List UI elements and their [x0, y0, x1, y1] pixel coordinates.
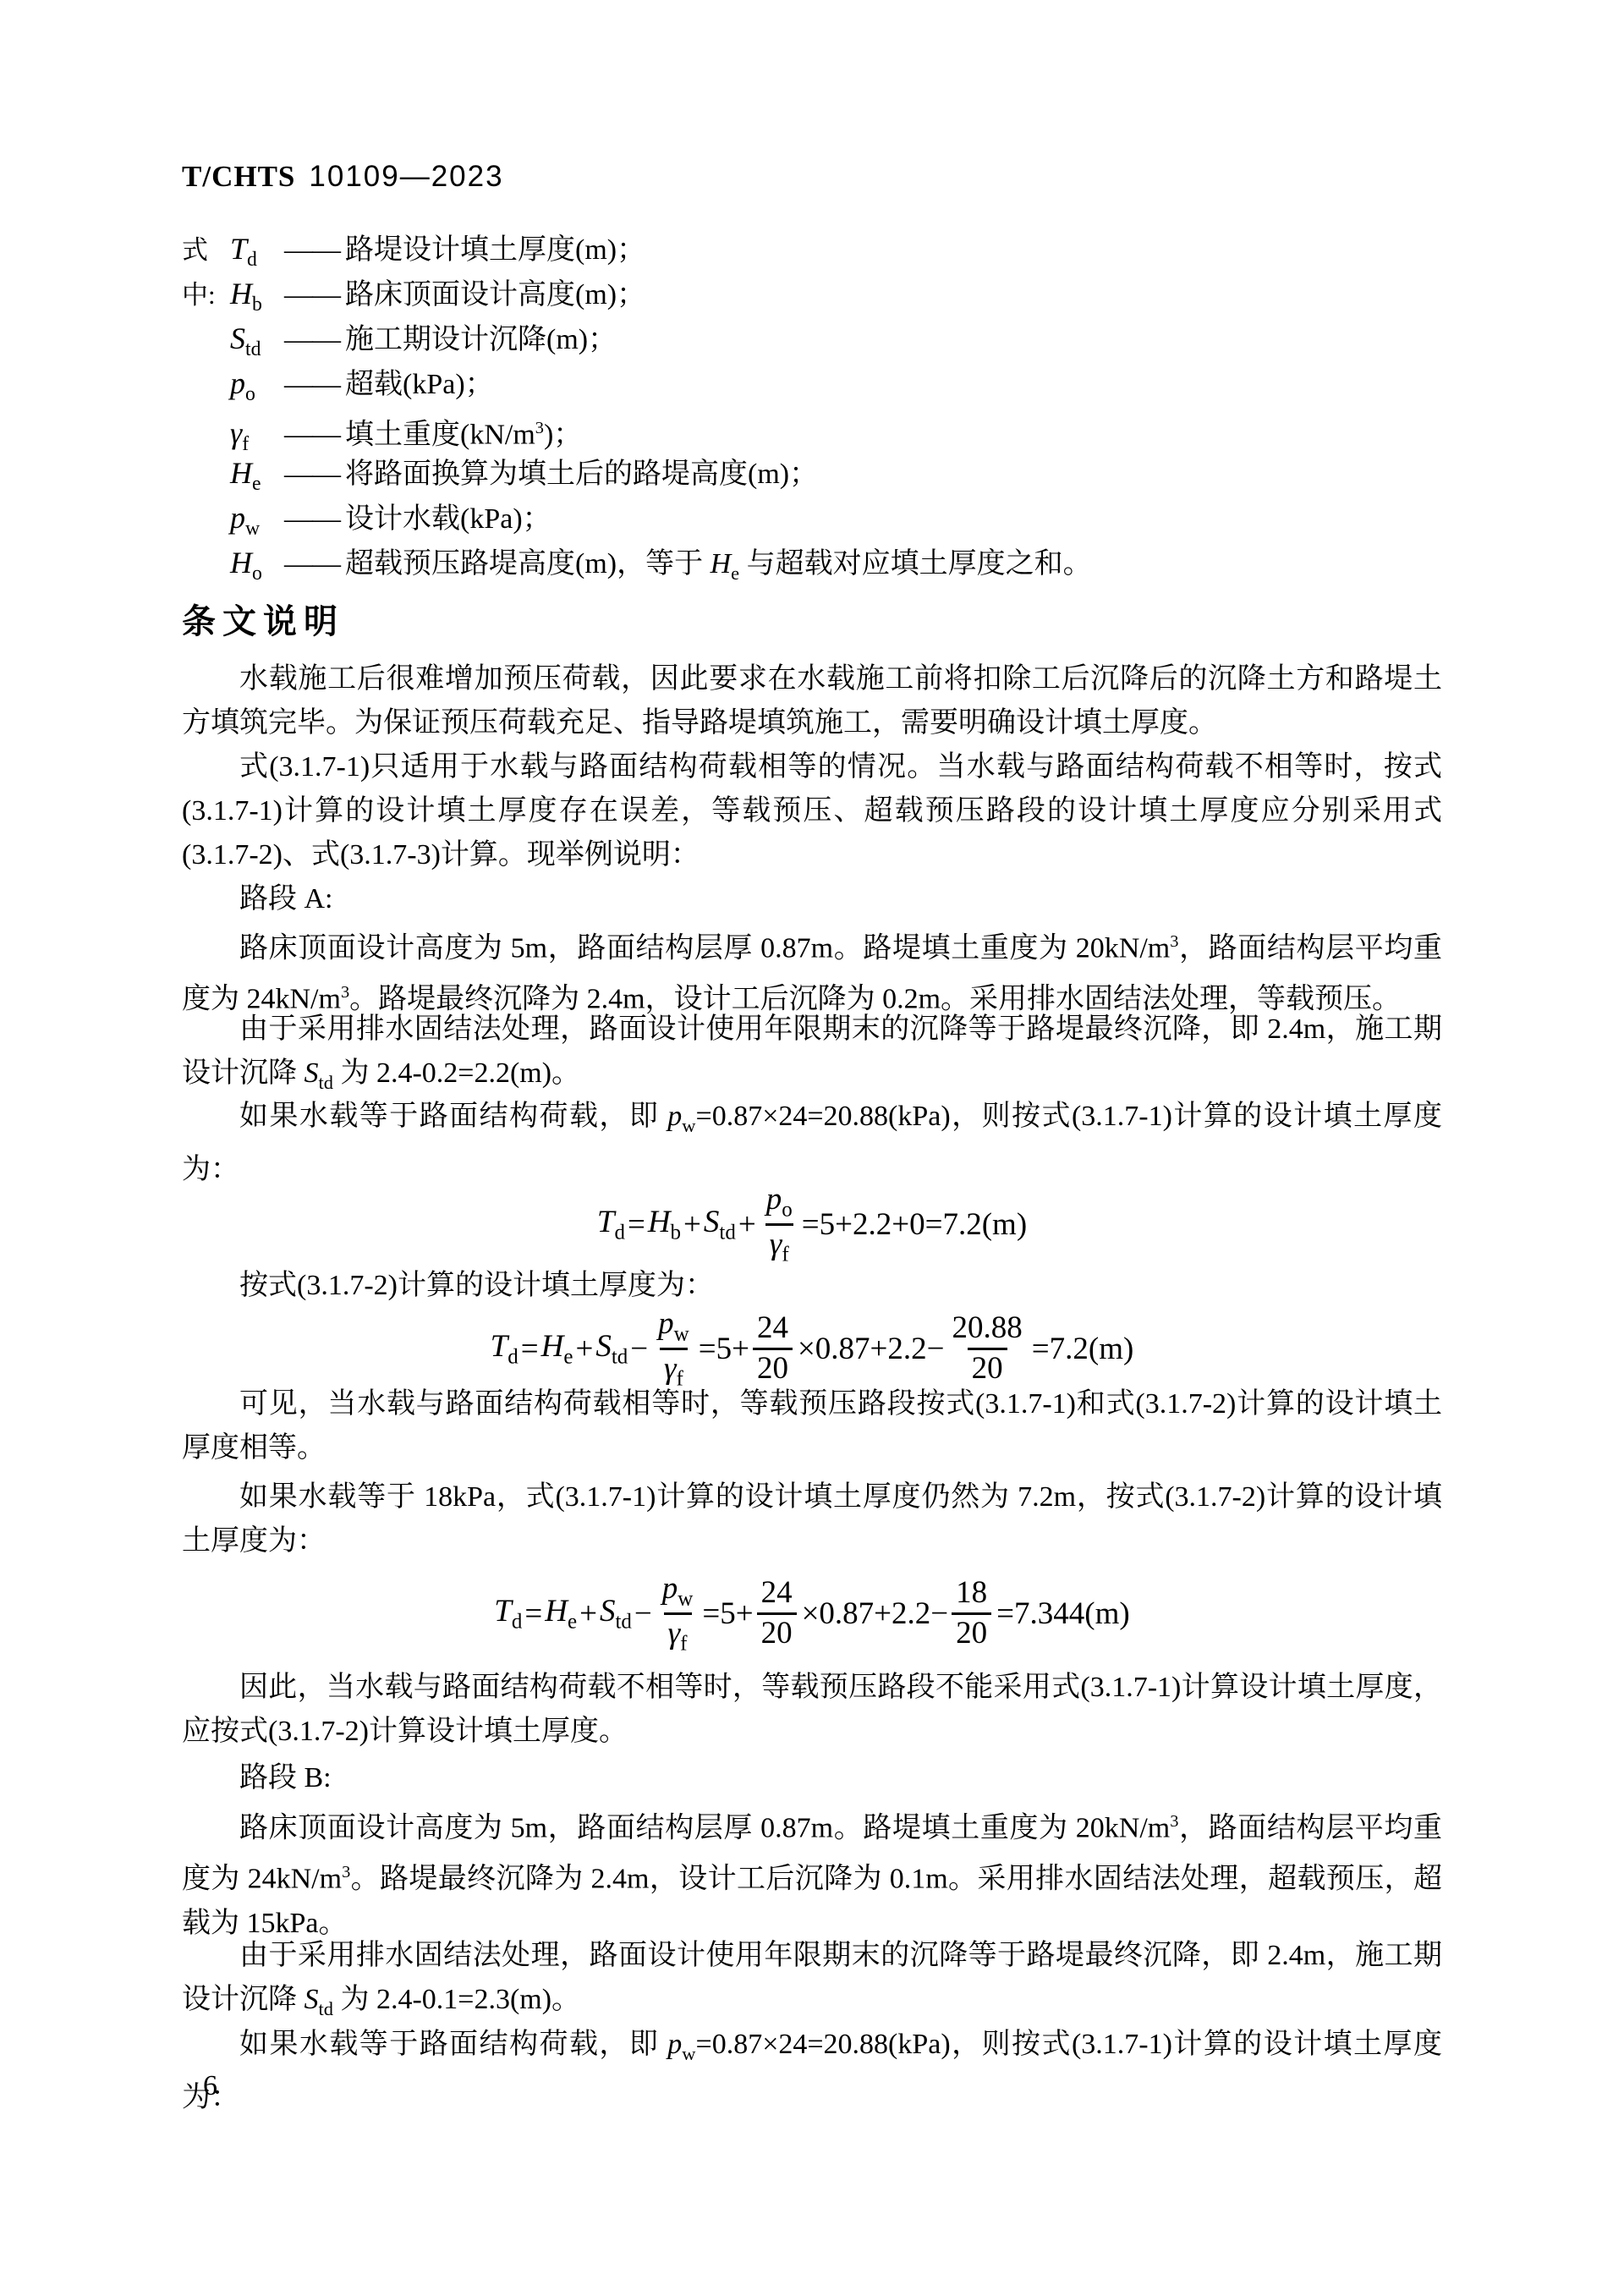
paragraph: 水载施工后很难增加预压荷载，因此要求在水载施工前将扣除工后沉降后的沉降土方和路堤…: [182, 657, 1442, 745]
fraction-pw-over-gamma: pw γf: [654, 1305, 694, 1392]
formula-td-18kpa: Td = He + Std − pw γf =5+ 24 20 ×0.87+2.…: [182, 1564, 1442, 1662]
paragraph: 可见，当水载与路面结构荷载相等时，等载预压路段按式(3.1.7-1)和式(3.1…: [182, 1382, 1442, 1470]
def-text: 超载(kPa)；: [345, 362, 1442, 407]
var-Td: Td: [597, 1204, 625, 1244]
definition-row: Hb —— 路床顶面设计高度(m)；: [182, 272, 1442, 316]
def-text: 超载预压路堤高度(m)，等于 He 与超载对应填土厚度之和。: [345, 541, 1442, 596]
section-heading: 条文说明: [182, 602, 1442, 641]
paragraph: 式(3.1.7-1)只适用于水载与路面结构荷载相等的情况。当水载与路面结构荷载不…: [182, 745, 1442, 877]
paragraph: 路床顶面设计高度为 5m，路面结构层厚 0.87m。路堤填土重度为 20kN/m…: [182, 920, 1442, 1022]
paragraph: 路床顶面设计高度为 5m，路面结构层厚 0.87m。路堤填土重度为 20kN/m…: [182, 1799, 1442, 1946]
definition-row: Std —— 施工期设计沉降(m)；: [182, 316, 1442, 361]
paragraph-section-b-label: 路段 B:: [182, 1756, 1442, 1800]
def-text: 路床顶面设计高度(m)；: [345, 272, 1442, 317]
fraction-24-over-20: 24 20: [757, 1574, 797, 1652]
symbol-definition-list: 式中: Td —— 路堤设计填土厚度(m)； Hb —— 路床顶面设计高度(m)…: [182, 227, 1442, 585]
var-Td: Td: [491, 1328, 518, 1369]
def-dash: ——: [284, 228, 345, 272]
def-symbol: Ho: [230, 541, 284, 596]
def-text: 施工期设计沉降(m)；: [345, 317, 1442, 362]
fraction-po-over-gamma: po γf: [762, 1181, 797, 1267]
def-dash: ——: [284, 272, 345, 317]
var-Std: Std: [600, 1593, 632, 1634]
fraction-pw-over-gamma: pw γf: [658, 1570, 698, 1656]
standard-code-number: 10109—2023: [309, 160, 503, 193]
document-page: T/CHTS10109—2023 式中: Td —— 路堤设计填土厚度(m)； …: [0, 0, 1624, 2296]
definition-row: 式中: Td —— 路堤设计填土厚度(m)；: [182, 227, 1442, 272]
var-He: He: [541, 1328, 573, 1369]
paragraph: 由于采用排水固结法处理，路面设计使用年限期末的沉降等于路堤最终沉降，即 2.4m…: [182, 1008, 1442, 1105]
paragraph: 因此，当水载与路面结构荷载不相等时，等载预压路段不能采用式(3.1.7-1)计算…: [182, 1666, 1442, 1754]
paragraph: 如果水载等于路面结构荷载，即 pw=0.87×24=20.88(kPa)，则按式…: [182, 2023, 1442, 2120]
def-text: 路堤设计填土厚度(m)；: [345, 228, 1442, 272]
paragraph: 由于采用排水固结法处理，路面设计使用年限期末的沉降等于路堤最终沉降，即 2.4m…: [182, 1934, 1442, 2031]
definition-row: Ho —— 超载预压路堤高度(m)，等于 He 与超载对应填土厚度之和。: [182, 541, 1442, 585]
def-dash: ——: [284, 497, 345, 541]
def-dash: ——: [284, 362, 345, 407]
def-dash: ——: [284, 317, 345, 362]
def-text: 填土重度(kN/m3)；: [345, 406, 1442, 457]
var-Td: Td: [494, 1593, 522, 1634]
var-Std: Std: [704, 1204, 736, 1244]
definition-row: He —— 将路面换算为填土后的路堤高度(m)；: [182, 451, 1442, 496]
formula-td-equal-load: Td = Hb + Std + po γf =5+2.2+0=7.2(m): [182, 1175, 1442, 1273]
def-text: 将路面换算为填土后的路堤高度(m)；: [345, 452, 1442, 497]
fraction-24-over-20: 24 20: [753, 1310, 793, 1387]
def-lead: 式中:: [182, 228, 230, 317]
paragraph: 如果水载等于 18kPa，式(3.1.7-1)计算的设计填土厚度仍然为 7.2m…: [182, 1475, 1442, 1563]
fraction-2088-over-20: 20.88 20: [948, 1310, 1027, 1387]
definition-row: po —— 超载(kPa)；: [182, 361, 1442, 406]
standard-code-prefix: T/CHTS: [182, 160, 295, 193]
def-symbol: po: [230, 361, 284, 417]
definition-row: pw —— 设计水载(kPa)；: [182, 496, 1442, 541]
var-Hb: Hb: [648, 1204, 681, 1244]
def-text: 设计水载(kPa)；: [345, 497, 1442, 541]
def-dash: ——: [284, 412, 345, 457]
var-Std: Std: [595, 1328, 628, 1369]
definition-row: γf —— 填土重度(kN/m3)；: [182, 406, 1442, 451]
def-dash: ——: [284, 541, 345, 586]
page-number: 6: [203, 2068, 217, 2105]
fraction-18-over-20: 18 20: [952, 1574, 991, 1652]
var-He: He: [545, 1593, 577, 1634]
running-head: T/CHTS10109—2023: [182, 159, 1442, 195]
def-dash: ——: [284, 452, 345, 497]
paragraph-section-a-label: 路段 A:: [182, 877, 1442, 921]
